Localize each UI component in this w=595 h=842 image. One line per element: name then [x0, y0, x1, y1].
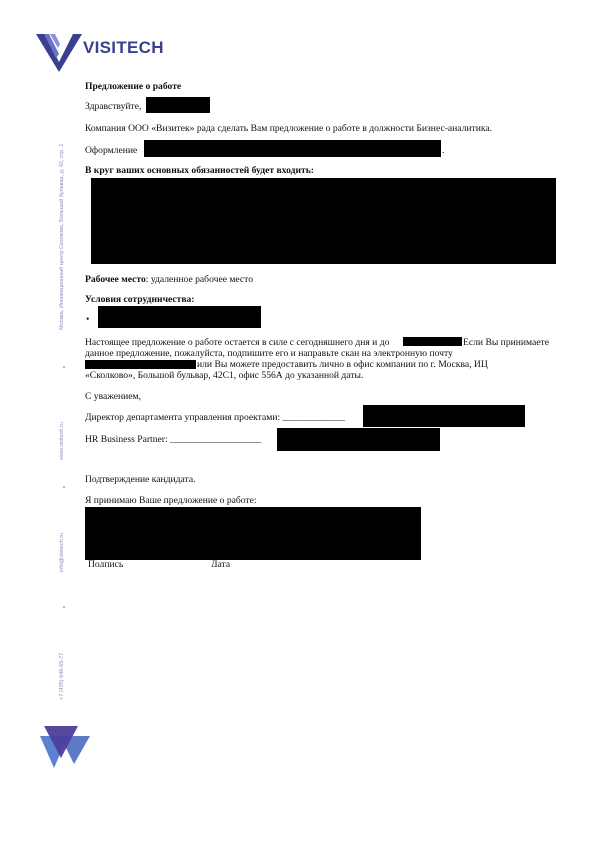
sidebar-phone: +7 (495) 646-65-77: [59, 653, 65, 700]
sidebar-website: www.visitech.ru: [59, 422, 65, 460]
redacted-signature-block: [85, 507, 421, 560]
sidebar-address: Москва, Инновационный центр Сколково, Бо…: [59, 144, 65, 330]
redacted-terms: [98, 306, 261, 328]
duties-heading: В круг ваших основных обязанностей будет…: [85, 165, 314, 177]
brand-name: VISITECH: [83, 38, 164, 58]
redacted-deadline-date: [403, 337, 462, 346]
employment-label: Оформление: [85, 145, 137, 157]
terms-heading: Условия сотрудничества:: [85, 294, 195, 306]
accept-statement: Я принимаю Ваше предложение о работе:: [85, 495, 257, 507]
bullet: •: [86, 314, 89, 326]
visitech-bottom-logo-icon: [38, 722, 94, 770]
signature-label: Подпись: [88, 559, 123, 567]
intro-text: Компания ООО «Визитек» рада сделать Вам …: [85, 123, 492, 135]
director-label: Директор департамента управления проекта…: [85, 412, 345, 424]
document-title: Предложение о работе: [85, 81, 181, 93]
regards: С уважением,: [85, 391, 141, 403]
sidebar-dot: [63, 606, 65, 608]
redacted-duties: [91, 178, 556, 264]
visitech-logo-icon: [36, 32, 82, 72]
employment-suffix: .: [442, 145, 444, 157]
validity-line-1b: Если Вы принимаете: [463, 337, 549, 349]
workplace-line: Рабочее место: удаленное рабочее место: [85, 274, 253, 286]
greeting: Здравствуйте,: [85, 101, 141, 113]
workplace-label: Рабочее место: [85, 274, 146, 285]
redacted-candidate-name: [146, 97, 210, 113]
sidebar-email: info@visitech.ru: [59, 533, 65, 572]
candidate-confirmation: Подтверждение кандидата.: [85, 474, 196, 486]
redacted-director-name: [363, 405, 525, 427]
workplace-value: : удаленное рабочее место: [146, 274, 253, 285]
sidebar-dot: [63, 486, 65, 488]
hr-label: HR Business Partner: ___________________: [85, 434, 261, 446]
sidebar-dot: [63, 366, 65, 368]
redacted-employment: [144, 140, 441, 157]
date-label: Дата: [211, 559, 230, 567]
redacted-hr-name: [277, 428, 440, 451]
redacted-email: [85, 360, 196, 369]
validity-line-4: «Сколково», Большой бульвар, 42С1, офис …: [85, 370, 363, 382]
